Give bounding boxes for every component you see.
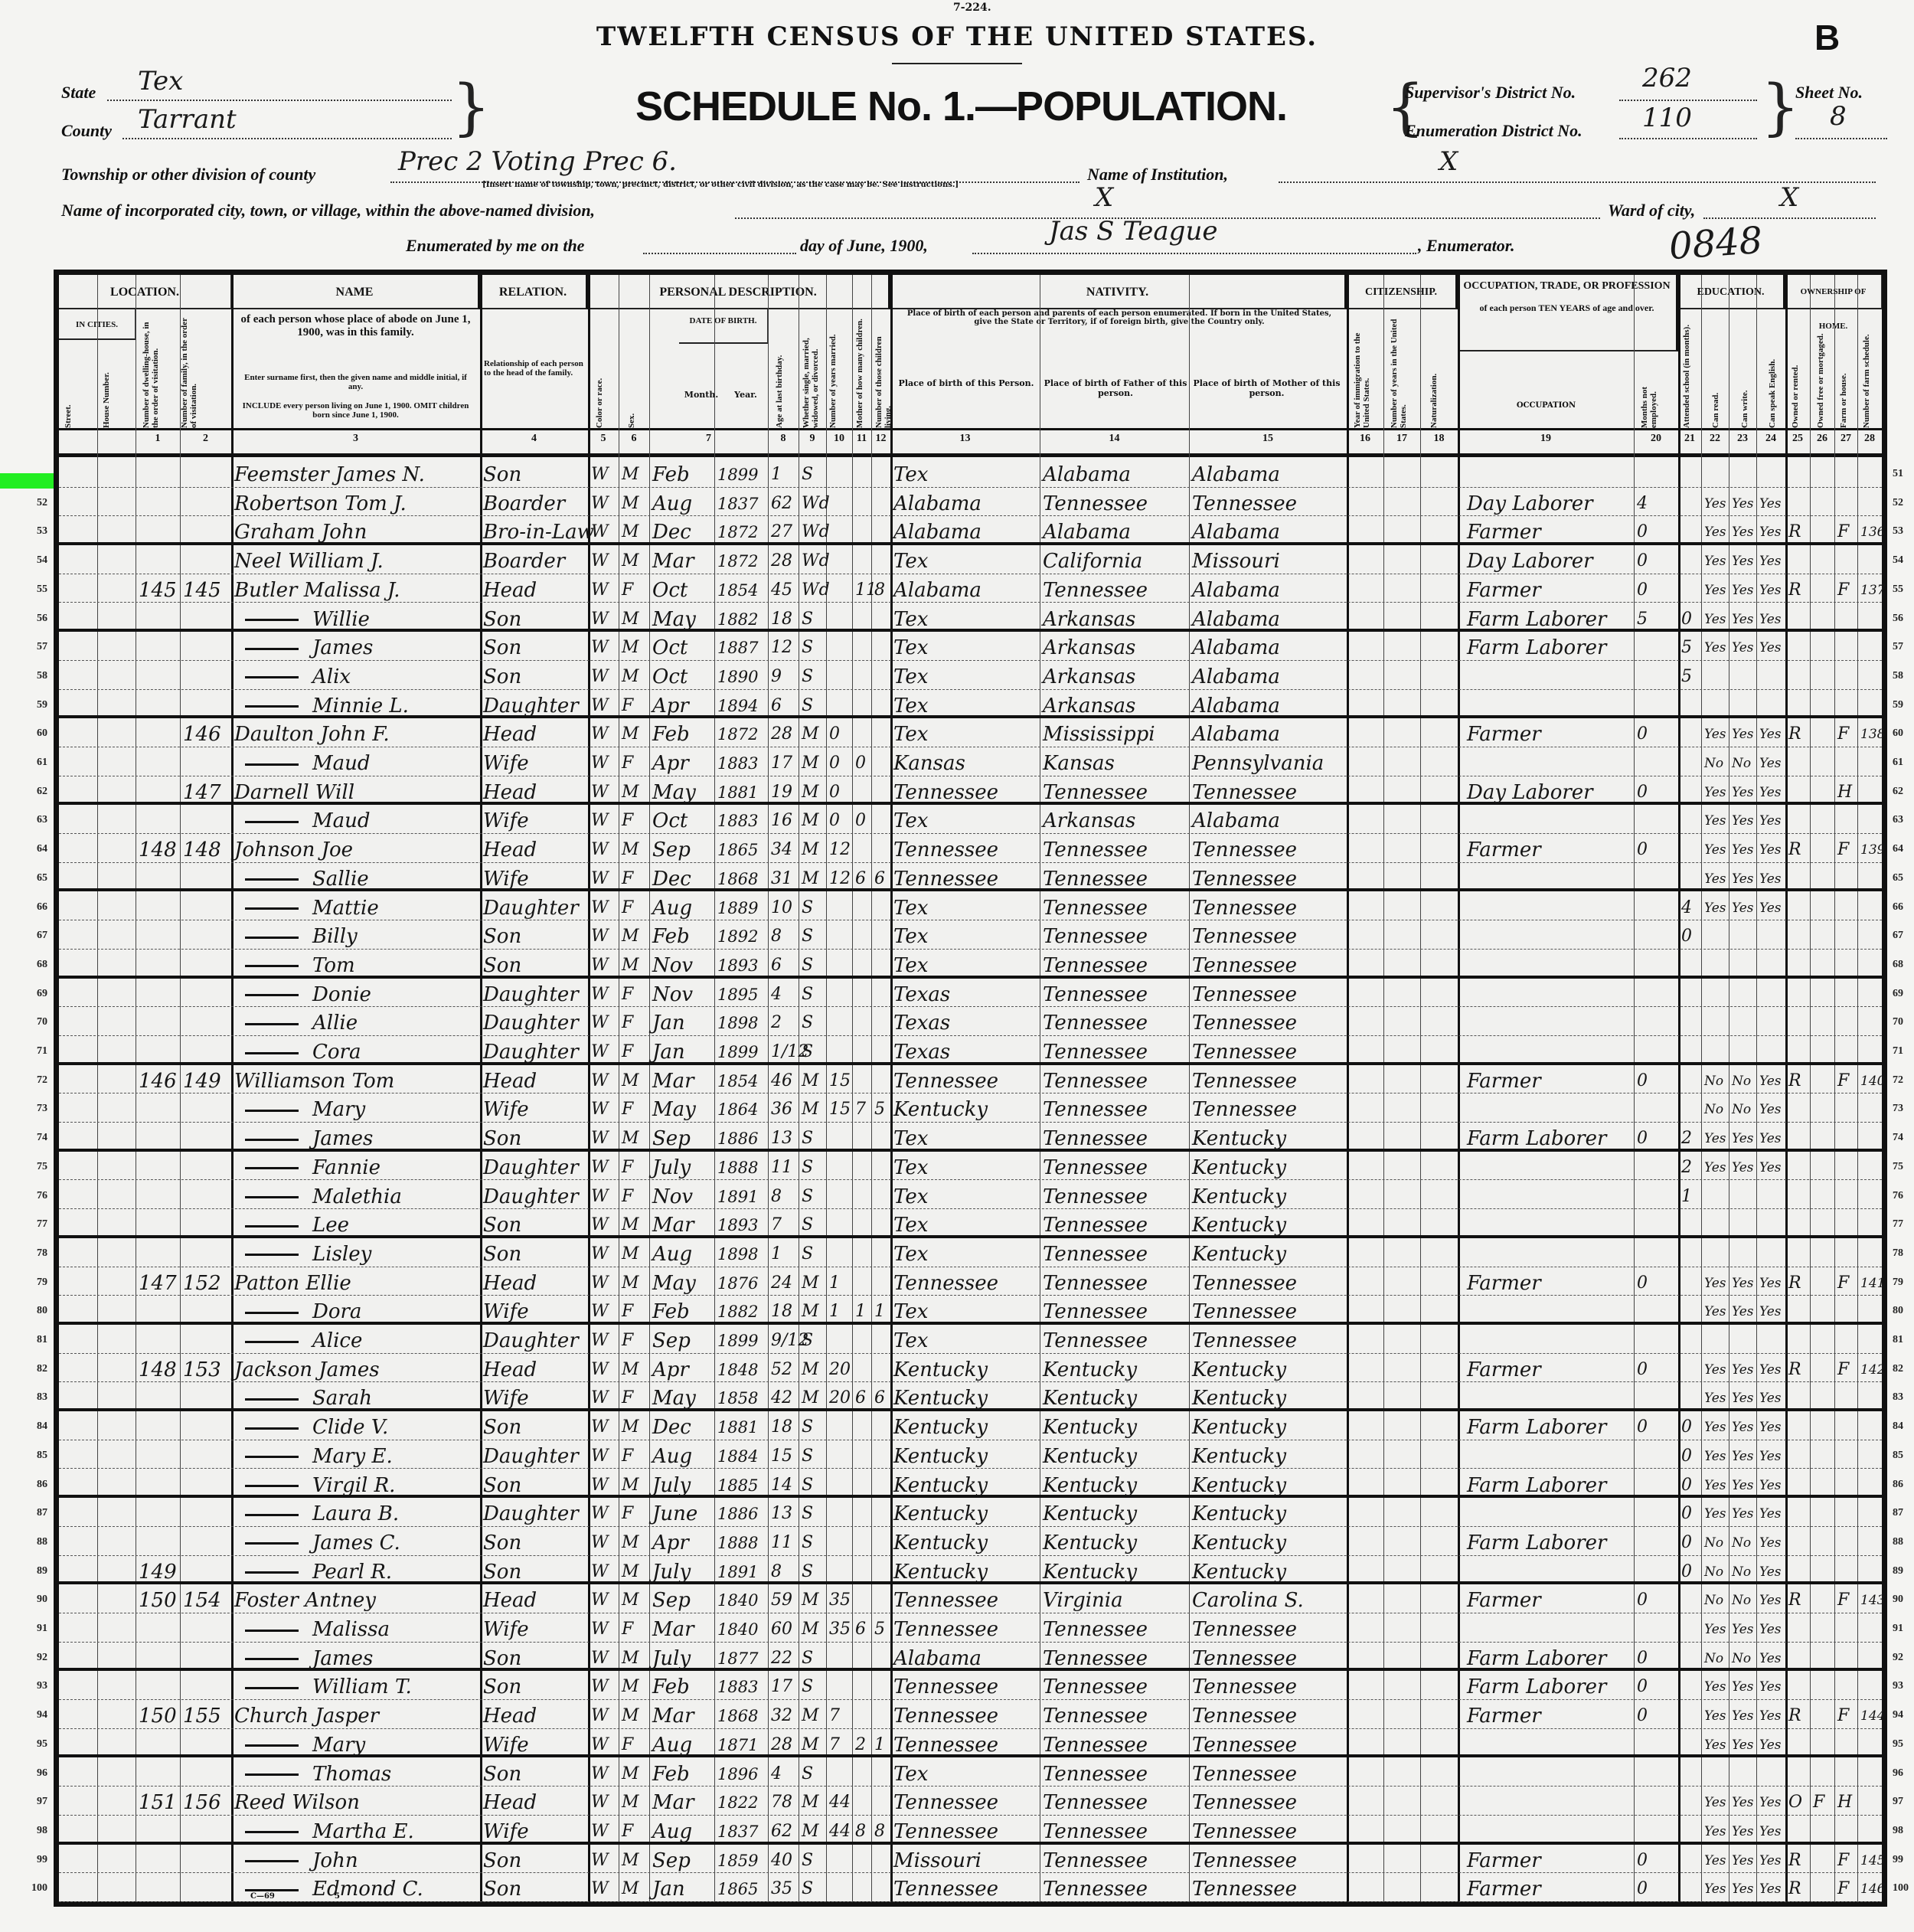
given-name: Mattie (312, 897, 379, 920)
cell-dwelling: 147 (139, 1267, 177, 1296)
column-number: 21 (1678, 433, 1701, 445)
cell-year: 1864 (717, 1093, 758, 1122)
cell-sex: M (622, 661, 639, 689)
cell-color: W (591, 545, 609, 574)
cell-marital: M (802, 1267, 819, 1296)
cell-ym: 20 (829, 1354, 851, 1382)
cell-age: 32 (771, 1700, 792, 1728)
cell-year: 1872 (717, 718, 758, 747)
cell-month: Sep (652, 1123, 691, 1149)
cell-name: Allie (236, 1007, 358, 1035)
cell-sex: M (622, 776, 639, 803)
cell-color: W (591, 950, 609, 976)
cell-sex: M (622, 632, 639, 660)
occupation-title: OCCUPATION, TRADE, OR PROFESSION (1458, 280, 1676, 293)
cell-sex: F (622, 1296, 633, 1322)
ditto-dash (245, 821, 299, 823)
cell-year: 1885 (717, 1469, 758, 1496)
cell-pob-mother: Tennessee (1192, 1729, 1297, 1755)
state-field[interactable]: Tex (107, 83, 452, 101)
cell-age: 10 (771, 892, 792, 920)
line-number-left: 91 (17, 1623, 47, 1635)
given-name: Mary (312, 1734, 365, 1757)
cell-pob: Kansas (893, 747, 965, 776)
cell-pob: Tennessee (893, 1584, 998, 1613)
cell-year: 1882 (717, 603, 758, 629)
cell-marital: S (802, 1556, 813, 1582)
cell-family: 148 (183, 834, 221, 862)
table-row: LisleySonWMAug18981STexTennesseeKentucky (59, 1238, 1882, 1267)
cell-color: W (591, 863, 609, 889)
cell-color: W (591, 1123, 609, 1149)
cell-color: W (591, 1787, 609, 1815)
name-note-1: Enter surname first, then the given name… (239, 373, 472, 391)
cell-relation: Wife (483, 1093, 529, 1122)
supervisor-value: 262 (1642, 63, 1692, 93)
cell-speak: Yes (1759, 1787, 1782, 1815)
ditto-dash (245, 1687, 299, 1689)
ditto-dash (245, 1831, 299, 1833)
cell-name: Maud (236, 747, 371, 776)
title-rule (892, 63, 1022, 64)
line-number-left: 61 (17, 757, 47, 769)
cell-pob: Tex (893, 805, 928, 833)
cell-mother: 6 (855, 1382, 866, 1408)
table-row: MattieDaughterWFAug188910STexTennesseeTe… (59, 892, 1882, 921)
cell-occupation: Day Laborer (1467, 488, 1593, 516)
cell-name: Clide V. (236, 1411, 388, 1440)
cell-unemp: 0 (1637, 1584, 1648, 1613)
cell-age: 6 (771, 690, 782, 716)
cell-pob: Tennessee (893, 863, 998, 889)
cell-age: 7 (771, 1209, 782, 1235)
header-relation: RELATION. (480, 275, 588, 309)
enumeration-value: 110 (1642, 103, 1692, 133)
header-pob-father: Place of birth of Father of this person. (1043, 378, 1188, 398)
line-number-left: 78 (17, 1247, 47, 1260)
cell-school: 0 (1681, 1498, 1692, 1526)
cell-pob: Tex (893, 1152, 928, 1180)
cell-write: No (1732, 1643, 1751, 1669)
table-row: 151156Reed WilsonHeadWMMar182278M44Tenne… (59, 1787, 1882, 1816)
cell-color: W (591, 1671, 609, 1699)
cell-relation: Boarder (483, 545, 565, 574)
cell-relation: Head (483, 1354, 537, 1382)
cell-pob-father: Tennessee (1043, 1787, 1148, 1815)
cell-color: W (591, 1325, 609, 1353)
cell-age: 4 (771, 1758, 782, 1787)
cell-speak: Yes (1759, 1123, 1782, 1149)
line-number-right: 67 (1893, 930, 1903, 942)
cell-pob-father: Tennessee (1043, 1152, 1148, 1180)
cell-read: Yes (1704, 1816, 1726, 1842)
cell-age: 62 (771, 488, 792, 516)
vheader-sex: Sex. (627, 321, 636, 428)
cell-color: W (591, 834, 609, 862)
cell-school: 0 (1681, 1556, 1692, 1582)
cell-relation: Head (483, 1267, 537, 1296)
cell-occupation: Farmer (1467, 1845, 1541, 1873)
cell-year: 1892 (717, 920, 758, 949)
cell-year: 1854 (717, 574, 758, 603)
sheet-label: Sheet No. (1795, 83, 1863, 103)
cell-year: 1891 (717, 1556, 758, 1582)
cell-color: W (591, 516, 609, 542)
cell-sex: F (622, 1152, 633, 1180)
cell-relation: Son (483, 603, 521, 629)
institution-field[interactable]: X (1279, 165, 1876, 183)
table-row: 148153Jackson JamesHeadWMApr184852M20Ken… (59, 1354, 1882, 1383)
line-number-left: 87 (17, 1507, 47, 1519)
cell-marital: S (802, 979, 813, 1007)
cell-color: W (591, 1527, 609, 1555)
cell-month: Sep (652, 1584, 691, 1613)
enumerated-label: Enumerated by me on the (406, 236, 584, 256)
cell-farm: F (1837, 834, 1849, 862)
cell-name: Minnie L. (236, 690, 409, 716)
cell-pob-mother: Missouri (1192, 545, 1280, 574)
cell-family: 147 (183, 776, 221, 803)
cell-pob-mother: Tennessee (1192, 1325, 1297, 1353)
given-name: Lee (312, 1214, 349, 1237)
header-pob-person: Place of birth of this Person. (893, 378, 1039, 388)
given-name: Thomas (312, 1763, 391, 1786)
line-number-left: 58 (17, 670, 47, 682)
cell-month: Mar (652, 1700, 694, 1728)
table-row: Graham JohnBro-in-LawWMDec187227WdAlabam… (59, 516, 1882, 545)
line-number-left: 98 (17, 1825, 47, 1837)
header-personal-description: PERSONAL DESCRIPTION. (588, 275, 890, 309)
cell-month: May (652, 1093, 696, 1122)
table-row: Laura B.DaughterWFJune188613SKentuckyKen… (59, 1498, 1882, 1527)
cell-name: Virgil R. (236, 1469, 395, 1496)
cell-write: Yes (1732, 834, 1754, 862)
cell-month: May (652, 1267, 696, 1296)
cell-speak: Yes (1759, 863, 1782, 889)
line-number-right: 87 (1893, 1507, 1903, 1519)
cell-pob: Tennessee (893, 1729, 998, 1755)
cell-occupation: Farmer (1467, 1065, 1541, 1093)
cell-month: Mar (652, 1209, 694, 1235)
cell-living: 5 (874, 1093, 885, 1122)
cell-read: Yes (1704, 1787, 1726, 1815)
table-row: JohnSonWMSep185940SMissouriTennesseeTenn… (59, 1845, 1882, 1874)
given-name: James (312, 1127, 373, 1150)
cell-pob-mother: Tennessee (1192, 1845, 1297, 1873)
cell-sex: M (622, 1873, 639, 1901)
cell-pob-father: Tennessee (1043, 920, 1148, 949)
cell-speak: Yes (1759, 1729, 1782, 1755)
cell-own: R (1788, 1845, 1801, 1873)
cell-speak: Yes (1759, 1643, 1782, 1669)
line-number-right: 77 (1893, 1218, 1903, 1231)
line-number-left: 83 (17, 1391, 47, 1404)
cell-read: Yes (1704, 1382, 1726, 1408)
cell-month: Feb (652, 1296, 690, 1322)
cell-color: W (591, 574, 609, 603)
cell-pob: Tex (893, 1181, 928, 1209)
cell-marital: S (802, 1325, 813, 1353)
line-number-right: 53 (1893, 525, 1903, 538)
vheader-age: Age at last birthday. (775, 321, 784, 428)
ditto-dash (245, 994, 299, 996)
cell-pob: Tennessee (893, 1267, 998, 1296)
cell-school: 5 (1681, 632, 1692, 660)
cell-year: 1872 (717, 516, 758, 542)
cell-pob-father: Tennessee (1043, 1700, 1148, 1728)
cell-marital: S (802, 1036, 813, 1062)
cell-occupation: Farmer (1467, 574, 1541, 603)
cell-year: 1899 (717, 1036, 758, 1062)
cell-write: Yes (1732, 863, 1754, 889)
cell-pob-mother: Tennessee (1192, 1758, 1297, 1787)
cell-relation: Wife (483, 747, 529, 776)
cell-month: Sep (652, 1325, 691, 1353)
cell-pob-mother: Tennessee (1192, 1816, 1297, 1842)
cell-relation: Son (483, 1845, 521, 1873)
cell-color: W (591, 1643, 609, 1669)
cell-marital: M (802, 747, 819, 776)
cell-sex: M (622, 603, 639, 629)
cell-write: Yes (1732, 1613, 1754, 1642)
cell-sex: F (622, 979, 633, 1007)
cell-pob: Tex (893, 1238, 928, 1267)
cell-month: Apr (652, 1527, 689, 1555)
cell-write: Yes (1732, 1469, 1754, 1496)
enumerator-field[interactable]: Jas S Teague (972, 236, 1416, 254)
line-number-right: 75 (1893, 1161, 1903, 1173)
cell-ym: 0 (829, 805, 840, 833)
cell-year: 1883 (717, 1671, 758, 1699)
cell-marital: M (802, 1354, 819, 1382)
given-name: Fannie (312, 1156, 381, 1179)
cell-sex: M (622, 920, 639, 949)
table-row: Robertson Tom J.BoarderWMAug183762WdAlab… (59, 488, 1882, 517)
cell-pob: Tex (893, 950, 928, 976)
cell-age: 62 (771, 1816, 792, 1842)
vheader-dwelling: Number of dwelling-house, in the order o… (142, 317, 160, 428)
cell-school: 5 (1681, 661, 1692, 689)
cell-sex: M (622, 1238, 639, 1267)
cell-pob: Kentucky (893, 1440, 988, 1469)
cell-pob-father: Arkansas (1043, 603, 1135, 629)
line-number-left: 64 (17, 843, 47, 855)
cell-color: W (591, 1036, 609, 1062)
line-number-right: 78 (1893, 1247, 1903, 1260)
cell-year: 1887 (717, 632, 758, 660)
cell-age: 18 (771, 603, 792, 629)
cell-month: Feb (652, 718, 690, 747)
schedule-title: SCHEDULE No. 1.—POPULATION. (635, 83, 1287, 130)
cell-age: 28 (771, 1729, 792, 1755)
cell-read: Yes (1704, 834, 1726, 862)
cell-pob-mother: Kentucky (1192, 1527, 1286, 1555)
cell-age: 34 (771, 834, 792, 862)
cell-speak: Yes (1759, 1873, 1782, 1901)
cell-name: Jackson James (234, 1354, 380, 1382)
cell-age: 45 (771, 574, 792, 603)
cell-pob-mother: Tennessee (1192, 1007, 1297, 1035)
cell-pob-father: Mississippi (1043, 718, 1155, 747)
cell-write: No (1732, 1065, 1751, 1093)
cell-pob: Tennessee (893, 1816, 998, 1842)
cell-name: Church Jasper (234, 1700, 379, 1728)
line-number-right: 59 (1893, 699, 1903, 711)
cell-month: Dec (652, 1411, 691, 1440)
line-number-right: 93 (1893, 1680, 1903, 1692)
cell-speak: Yes (1759, 1152, 1782, 1180)
cell-color: W (591, 1556, 609, 1582)
cell-write: Yes (1732, 516, 1754, 542)
line-number-right: 62 (1893, 786, 1903, 798)
cell-age: 59 (771, 1584, 792, 1613)
enumerated-day-field[interactable] (643, 236, 796, 254)
cell-occupation: Farm Laborer (1467, 603, 1606, 629)
cell-pob-father: Kentucky (1043, 1354, 1137, 1382)
cell-pob-father: Tennessee (1043, 863, 1148, 889)
header-citizenship: CITIZENSHIP. (1347, 275, 1458, 309)
table-row: AllieDaughterWFJan18982STexasTennesseeTe… (59, 1007, 1882, 1036)
cell-pob-mother: Alabama (1192, 805, 1280, 833)
cell-unemp: 0 (1637, 1845, 1648, 1873)
cell-own: R (1788, 1065, 1801, 1093)
cell-month: Feb (652, 1758, 690, 1787)
cell-pob-mother: Kentucky (1192, 1238, 1286, 1267)
sheet-field[interactable]: 8 (1795, 121, 1887, 139)
cell-family: 153 (183, 1354, 221, 1382)
cell-farm: F (1837, 574, 1849, 603)
cell-color: W (591, 1382, 609, 1408)
cell-marital: Wd (802, 574, 830, 603)
cell-ym: 0 (829, 776, 840, 803)
population-table: LOCATION. IN CITIES. NAME of each person… (54, 270, 1887, 1907)
given-name: Tom (312, 954, 355, 977)
ditto-dash (245, 763, 299, 766)
vheader-months-unemployed: Months not employed. (1640, 355, 1658, 428)
county-field[interactable]: Tarrant (122, 121, 452, 139)
line-number-left: 95 (17, 1738, 47, 1751)
cell-pob-father: Tennessee (1043, 979, 1148, 1007)
cell-dwelling: 145 (139, 574, 177, 603)
cell-pob-mother: Kentucky (1192, 1498, 1286, 1526)
cell-age: 12 (771, 632, 792, 660)
cell-pob: Tex (893, 545, 928, 574)
ditto-dash (245, 1139, 299, 1141)
cell-write: Yes (1732, 1845, 1754, 1873)
ditto-dash (245, 619, 299, 621)
cell-write: Yes (1732, 574, 1754, 603)
line-number-left: 90 (17, 1594, 47, 1606)
cell-unemp: 0 (1637, 1065, 1648, 1093)
supervisor-field[interactable]: 262 (1619, 83, 1757, 101)
ditto-dash (245, 1889, 299, 1891)
table-row: 150155Church JasperHeadWMMar186832M7Tenn… (59, 1700, 1882, 1729)
cell-write: Yes (1732, 1816, 1754, 1842)
cell-sex: F (622, 1181, 633, 1209)
cell-marital: S (802, 1209, 813, 1235)
cell-relation: Wife (483, 1613, 529, 1642)
table-row: 146Daulton John F.HeadWMFeb187228M0TexMi… (59, 718, 1882, 747)
cell-month: Feb (652, 1671, 690, 1699)
footer-mark: 5 (335, 1892, 340, 1901)
line-number-right: 71 (1893, 1045, 1903, 1058)
cell-year: 1872 (717, 545, 758, 574)
cell-pob: Tex (893, 603, 928, 629)
table-row: BillySonWMFeb18928STexTennesseeTennessee… (59, 920, 1882, 950)
cell-relation: Bro-in-Law (483, 516, 594, 542)
line-number-left: 63 (17, 814, 47, 826)
cell-age: 6 (771, 950, 782, 976)
cell-marital: S (802, 1527, 813, 1555)
cell-pob-father: Kentucky (1043, 1498, 1137, 1526)
cell-occupation: Farmer (1467, 516, 1541, 542)
cell-occupation: Day Laborer (1467, 545, 1593, 574)
ward-field[interactable]: X (1703, 201, 1876, 219)
cell-marital: S (802, 1758, 813, 1787)
cell-speak: Yes (1759, 747, 1782, 776)
cell-sched: 145 (1860, 1845, 1885, 1873)
cell-name: Patton Ellie (234, 1267, 351, 1296)
line-number-right: 88 (1893, 1536, 1903, 1548)
cell-ym: 20 (829, 1382, 851, 1408)
cell-own: R (1788, 1700, 1801, 1728)
given-name: Maud (312, 752, 371, 775)
line-number-left: 96 (17, 1767, 47, 1780)
cell-pob-father: Kentucky (1043, 1527, 1137, 1555)
cell-relation: Boarder (483, 488, 565, 516)
cell-month: Dec (652, 516, 691, 542)
cell-speak: Yes (1759, 1093, 1782, 1122)
cell-color: W (591, 747, 609, 776)
cell-marital: M (802, 1296, 819, 1322)
cell-pob-mother: Tennessee (1192, 892, 1297, 920)
table-row: TomSonWMNov18936STexTennesseeTennessee (59, 950, 1882, 979)
occupation-description: of each person TEN YEARS of age and over… (1458, 301, 1676, 315)
cell-sex: F (622, 1498, 633, 1526)
enumeration-field[interactable]: 110 (1619, 121, 1757, 139)
cell-dwelling: 151 (139, 1787, 177, 1815)
cell-pob-father: Tennessee (1043, 1325, 1148, 1353)
line-number-right: 63 (1893, 814, 1903, 826)
cell-color: W (591, 1411, 609, 1440)
ditto-dash (245, 1254, 299, 1256)
cell-mother: 8 (855, 1816, 866, 1842)
cell-month: Feb (652, 459, 690, 487)
cell-age: 15 (771, 1440, 792, 1469)
cell-living: 1 (874, 1296, 885, 1322)
cell-year: 1883 (717, 805, 758, 833)
cell-pob: Tennessee (893, 1671, 998, 1699)
cell-write: Yes (1732, 718, 1754, 747)
cell-sex: M (622, 1845, 639, 1873)
cell-pob-mother: Tennessee (1192, 776, 1297, 803)
cell-pob-mother: Kentucky (1192, 1152, 1286, 1180)
cell-color: W (591, 603, 609, 629)
cell-color: W (591, 1440, 609, 1469)
cell-name: Alice (236, 1325, 362, 1353)
line-number-left: 79 (17, 1277, 47, 1289)
cell-month: Oct (652, 574, 688, 603)
cell-pob-mother: Kentucky (1192, 1382, 1286, 1408)
cell-pob: Tennessee (893, 1787, 998, 1815)
cell-name: Feemster James N. (234, 459, 425, 487)
column-number: 4 (480, 433, 588, 445)
cell-read: Yes (1704, 574, 1726, 603)
column-number: 28 (1857, 433, 1882, 445)
cell-pob: Kentucky (893, 1527, 988, 1555)
cell-month: Apr (652, 747, 689, 776)
vheader-can-speak: Can speak English. (1768, 317, 1777, 428)
